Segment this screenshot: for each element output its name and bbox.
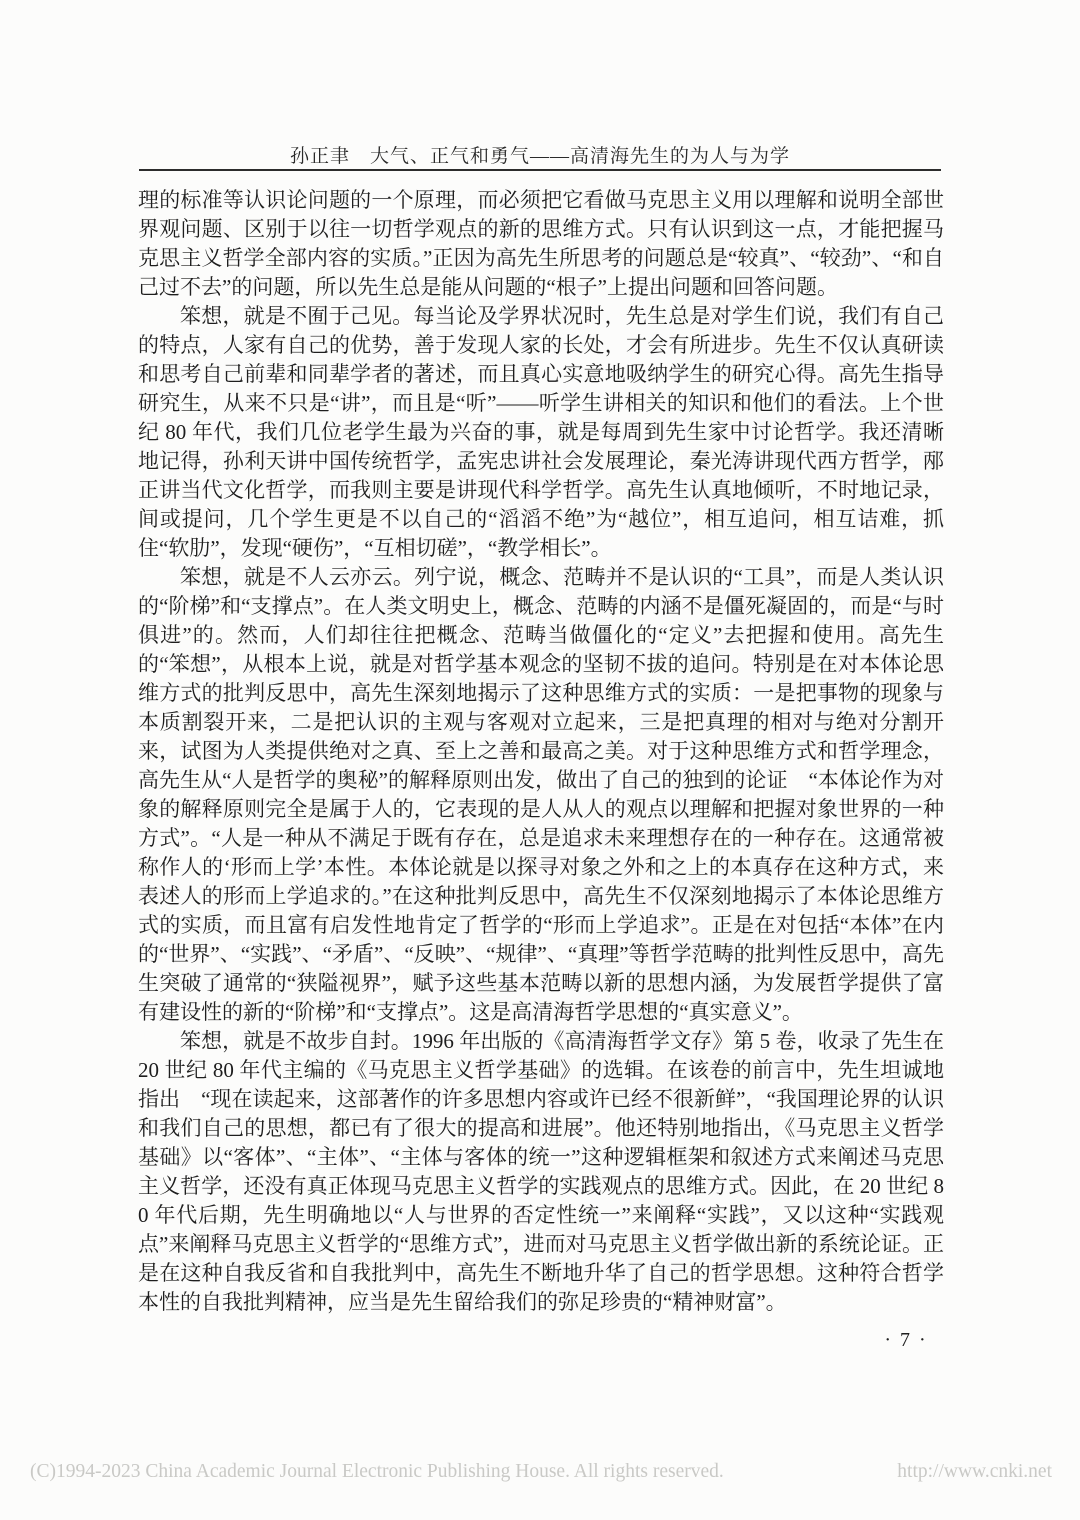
page-number: · 7 · [858, 1329, 954, 1352]
copyright-notice: (C)1994-2023 China Academic Journal Elec… [30, 1461, 724, 1483]
running-header-title: 孙正聿 大气、正气和勇气——高清海先生的为人与为学 [0, 141, 1080, 168]
article-body: 理的标准等认识论问题的一个原理，而必须把它看做马克思主义用以理解和说明全部世界观… [138, 186, 944, 1317]
header-rule [139, 169, 941, 171]
body-paragraph: 理的标准等认识论问题的一个原理，而必须把它看做马克思主义用以理解和说明全部世界观… [138, 186, 944, 302]
cnki-url: http://www.cnki.net [897, 1461, 1052, 1483]
body-paragraph: 笨想，就是不人云亦云。列宁说，概念、范畴并不是认识的“工具”，而是人类认识的“阶… [138, 563, 944, 1027]
body-paragraph: 笨想，就是不囿于己见。每当论及学界状况时，先生总是对学生们说，我们有自己的特点，… [138, 302, 944, 563]
body-paragraph: 笨想，就是不故步自封。1996 年出版的《高清海哲学文存》第 5 卷，收录了先生… [138, 1027, 944, 1317]
scan-footer: (C)1994-2023 China Academic Journal Elec… [30, 1461, 1052, 1483]
document-page: 孙正聿 大气、正气和勇气——高清海先生的为人与为学 理的标准等认识论问题的一个原… [0, 0, 1080, 1520]
